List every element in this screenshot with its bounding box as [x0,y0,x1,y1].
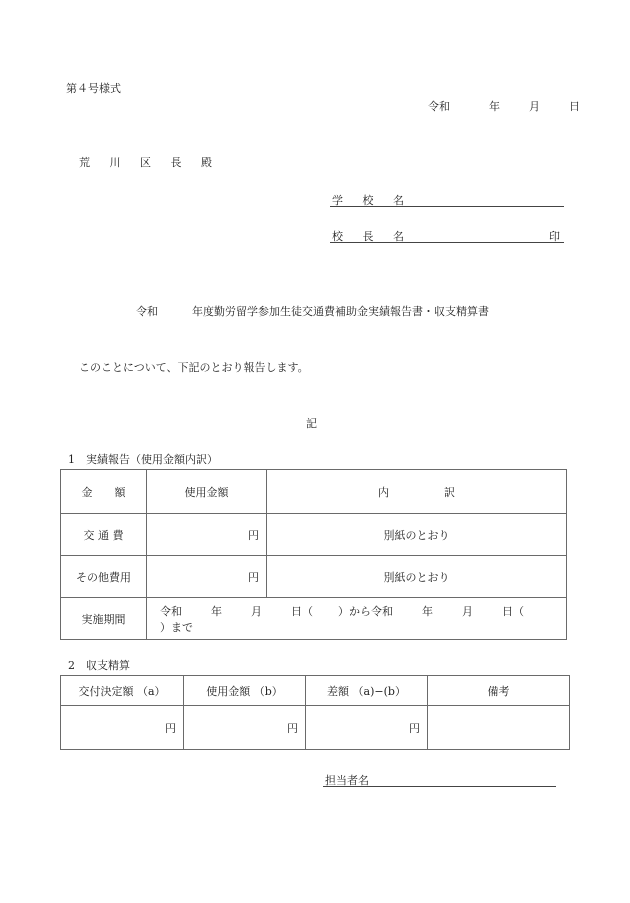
period-month-start[interactable]: 月 [251,603,262,619]
table-row: その他費用 円 別紙のとおり [61,556,567,598]
form-number: 第４号様式 [66,83,121,94]
table-row: 実施期間 令和 年 月 日（ ）から令和 年 月 日（ ）まで [61,598,567,640]
row-label-other: その他費用 [61,556,147,598]
section2-heading: 2 収支精算 [68,660,130,671]
person-in-charge-field[interactable]: 担当者名 [323,770,556,787]
title-era: 令和 [136,305,158,318]
period-year-end[interactable]: 年 [422,603,433,619]
period-day-start[interactable]: 日（ [291,603,313,619]
other-detail: 別紙のとおり [267,556,567,598]
person-in-charge-label: 担当者名 [325,772,369,788]
document-title: 令和年度勤労留学参加生徒交通費補助金実績報告書・収支精算書 [136,306,489,317]
seal-mark: 印 [549,228,560,244]
ki-heading: 記 [306,418,317,429]
date-month-field[interactable]: 月 [529,101,540,112]
date-year-field[interactable]: 年 [489,101,500,112]
section1-heading: 1 実績報告（使用金額内訳） [68,454,218,465]
period-era-start: 令和 [160,603,182,619]
period-month-end[interactable]: 月 [462,603,473,619]
period-day-end[interactable]: 日（ [502,603,524,619]
header-used-amount: 使用金額 （b） [184,676,306,706]
header-difference: 差額 （a)−(b） [306,676,428,706]
table-row: 円 円 円 [61,706,570,750]
date-line: 令和 年 月 日 [428,101,580,112]
other-amount-field[interactable]: 円 [147,556,267,598]
header-remarks: 備考 [428,676,570,706]
remarks-field[interactable] [428,706,570,750]
granted-amount-field[interactable]: 円 [61,706,184,750]
intro-text: このことについて、下記のとおり報告します。 [79,362,309,373]
transport-amount-field[interactable]: 円 [147,514,267,556]
table-row: 交 通 費 円 別紙のとおり [61,514,567,556]
header-used-amount: 使用金額 [147,470,267,514]
table-header-row: 金 額 使用金額 内 訳 [61,470,567,514]
header-amount: 金 額 [61,470,147,514]
date-era: 令和 [428,101,450,112]
header-granted-amount: 交付決定額 （a） [61,676,184,706]
used-amount-field[interactable]: 円 [184,706,306,750]
period-until-text: ）まで [160,619,193,635]
period-year-start[interactable]: 年 [211,603,222,619]
principal-name-label: 校 長 名 [332,228,412,244]
usage-breakdown-table: 金 額 使用金額 内 訳 交 通 費 円 別紙のとおり その他費用 円 別紙のと… [60,469,567,640]
difference-field[interactable]: 円 [306,706,428,750]
school-name-label: 学 校 名 [332,192,412,208]
addressee: 荒 川 区 長 殿 [79,157,220,168]
transport-detail: 別紙のとおり [267,514,567,556]
title-text: 年度勤労留学参加生徒交通費補助金実績報告書・収支精算書 [192,305,489,318]
period-field[interactable]: 令和 年 月 日（ ）から令和 年 月 日（ ）まで [147,598,567,640]
school-name-field[interactable]: 学 校 名 [330,190,564,207]
date-day-field[interactable]: 日 [569,101,580,112]
row-label-period: 実施期間 [61,598,147,640]
principal-name-field[interactable]: 校 長 名 印 [330,226,564,243]
header-breakdown: 内 訳 [267,470,567,514]
row-label-transport: 交 通 費 [61,514,147,556]
period-from-text: ）から令和 [338,603,393,619]
settlement-table: 交付決定額 （a） 使用金額 （b） 差額 （a)−(b） 備考 円 円 円 [60,675,570,750]
table-header-row: 交付決定額 （a） 使用金額 （b） 差額 （a)−(b） 備考 [61,676,570,706]
